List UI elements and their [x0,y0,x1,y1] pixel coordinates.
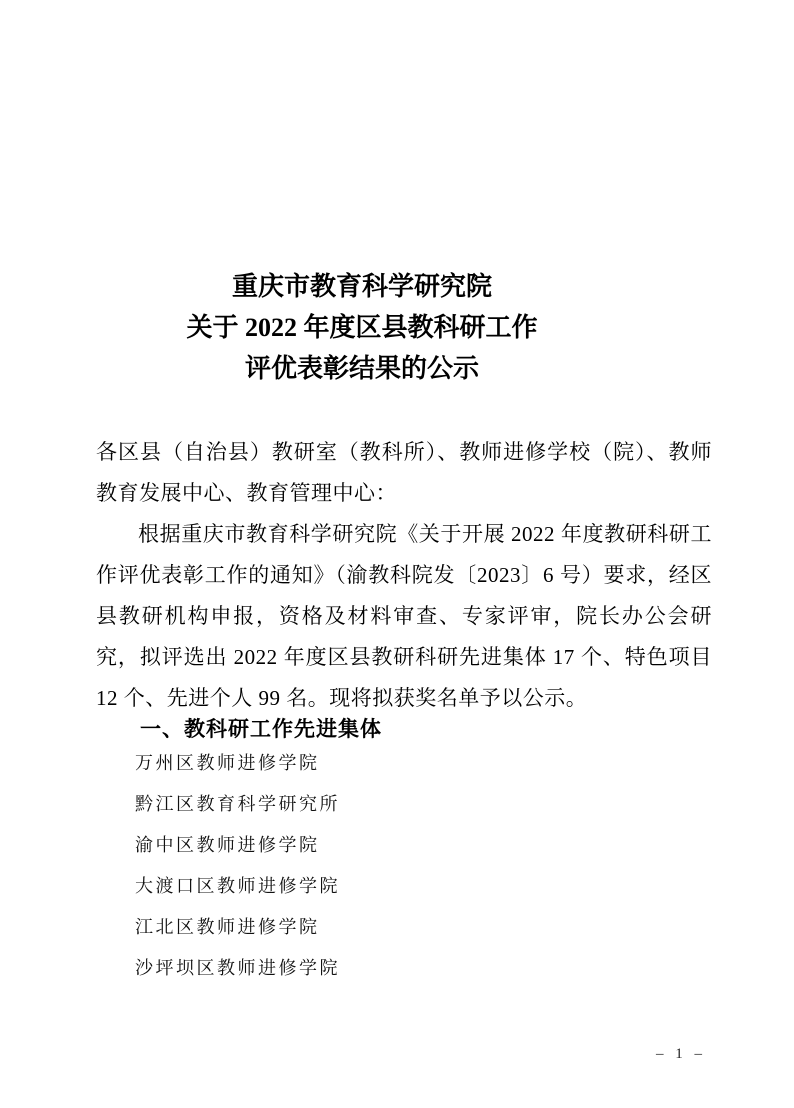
salutation-paragraph: 各区县（自治县）教研室（教科所）、教师进修学校（院）、教师教育发展中心、教育管理… [96,432,712,514]
document-page: 重庆市教育科学研究院 关于 2022 年度区县教科研工作 评优表彰结果的公示 各… [0,0,794,1108]
intro-paragraph: 根据重庆市教育科学研究院《关于开展 2022 年度教研科研工作评优表彰工作的通知… [96,514,712,719]
award-list-item: 江北区教师进修学院 [135,907,712,948]
title-line-1: 重庆市教育科学研究院 [96,266,628,307]
award-list-item: 大渡口区教师进修学院 [135,866,712,907]
award-list-item: 黔江区教育科学研究所 [135,784,712,825]
page-number: – 1 – [656,1046,706,1063]
title-line-3: 评优表彰结果的公示 [96,348,628,389]
award-list-item: 渝中区教师进修学院 [135,825,712,866]
document-title: 重庆市教育科学研究院 关于 2022 年度区县教科研工作 评优表彰结果的公示 [96,266,628,389]
title-line-2: 关于 2022 年度区县教科研工作 [96,307,628,348]
award-list-item: 万州区教师进修学院 [135,743,712,784]
award-list-item: 沙坪坝区教师进修学院 [135,948,712,989]
award-collectives-list: 万州区教师进修学院 黔江区教育科学研究所 渝中区教师进修学院 大渡口区教师进修学… [96,743,712,989]
